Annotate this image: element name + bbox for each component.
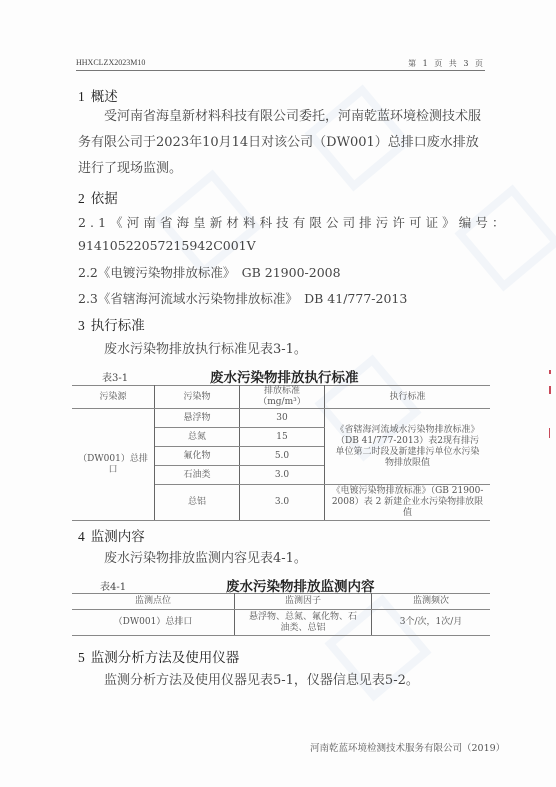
table-header-row: 污染源 污染物 排放标准（mg/m³） 执行标准 <box>72 386 490 409</box>
permit-number: 91410522057215942C001V <box>78 238 256 253</box>
watermark-logo <box>454 184 556 291</box>
table-title: 废水污染物排放执行标准 <box>210 366 359 386</box>
section-heading: 4监测内容 <box>78 525 145 545</box>
section-heading: 1概述 <box>78 85 118 105</box>
section-heading: 3执行标准 <box>78 314 145 334</box>
table-title: 废水污染物排放监测内容 <box>226 575 375 595</box>
seal-edge-mark <box>549 386 551 394</box>
page-header: HHXCLZX2023M10 第 1 页 共 3 页 <box>76 56 485 71</box>
section-3-body: 废水污染物排放执行标准见表3-1。 <box>104 337 512 363</box>
monitoring-table: 监测点位 监测因子 监测频次 （DW001）总排口 悬浮物、总氮、氟化物、石油类… <box>72 593 490 636</box>
standard-reference: 《电镀污染物排放标准》（GB 21900-2008）表 2 新建企业水污染物排放… <box>325 485 491 521</box>
document-page: HHXCLZX2023M10 第 1 页 共 3 页 1概述 受河南省海皇新材料… <box>0 0 556 787</box>
basis-item: 2.1《河南省海皇新材料科技有限公司排污许可证》编号： <box>78 213 509 231</box>
seal-edge-mark <box>549 370 551 374</box>
table-row: （DW001）总排口 悬浮物 30 《省辖海河流域水污染物排放标准》（DB 41… <box>72 409 490 428</box>
seal-edge-mark <box>549 428 550 438</box>
section-4-body: 废水污染物排放监测内容见表4-1。 <box>104 546 512 572</box>
document-code: HHXCLZX2023M10 <box>76 58 145 67</box>
section-1-body: 受河南省海皇新材料科技有限公司委托，河南乾蓝环境检测技术服务有限公司于2023年… <box>78 104 486 182</box>
section-heading: 2依据 <box>78 187 118 207</box>
section-heading: 5监测分析方法及使用仪器 <box>78 646 239 666</box>
table-header-row: 监测点位 监测因子 监测频次 <box>72 594 490 610</box>
section-5-body: 监测分析方法及使用仪器见表5-1，仪器信息见表5-2。 <box>104 668 512 694</box>
basis-item: 2.2《电镀污染物排放标准》 GB 21900-2008 <box>78 263 341 281</box>
pollution-source: （DW001）总排口 <box>72 409 155 521</box>
basis-item: 2.3《省辖海河流域水污染物排放标准》 DB 41/777-2013 <box>78 289 407 307</box>
table-row: （DW001）总排口 悬浮物、总氮、氟化物、石油类、总铝 3个/次，1次/月 <box>72 610 490 636</box>
standards-table: 污染源 污染物 排放标准（mg/m³） 执行标准 （DW001）总排口 悬浮物 … <box>72 385 490 521</box>
page-number: 第 1 页 共 3 页 <box>408 58 485 69</box>
table-label: 表4-1 <box>100 578 126 593</box>
standard-reference: 《省辖海河流域水污染物排放标准》（DB 41/777-2013）表2现有排污单位… <box>325 409 491 485</box>
page-footer: 河南乾蓝环境检测技术服务有限公司（2019） <box>310 740 505 754</box>
table-label: 表3-1 <box>102 369 128 384</box>
